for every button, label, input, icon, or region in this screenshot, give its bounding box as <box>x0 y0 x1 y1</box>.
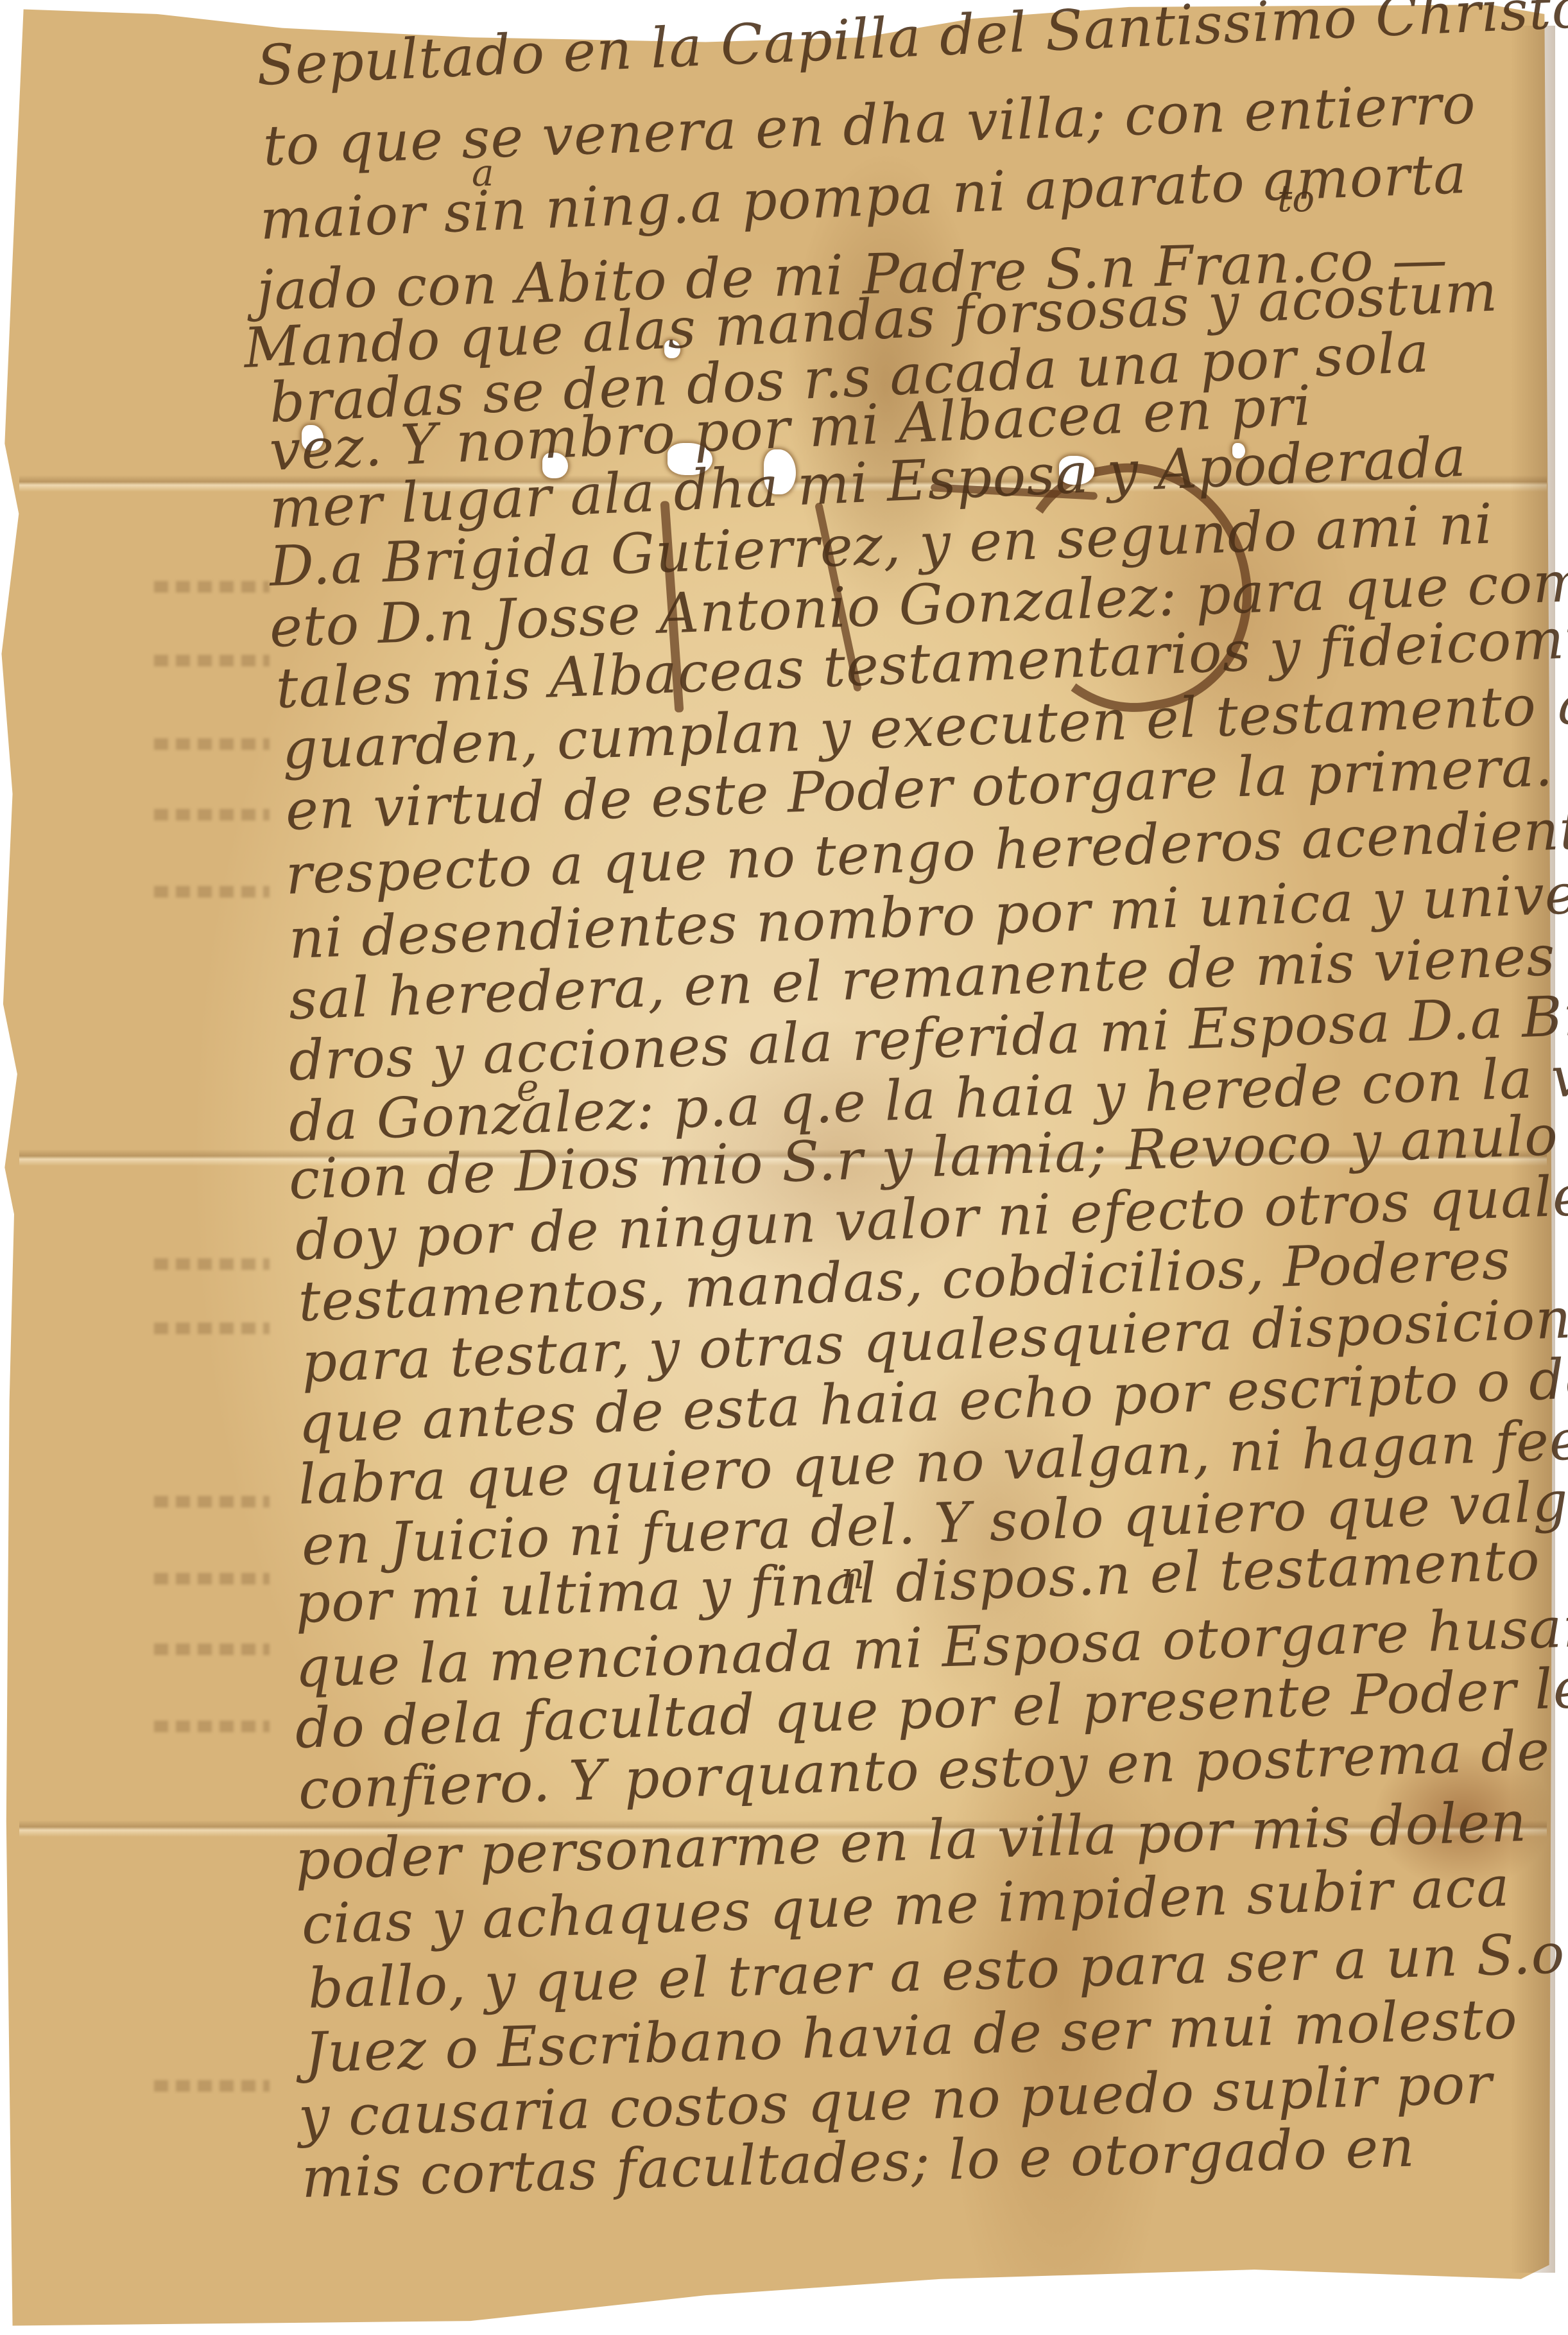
interlinear-mark: to <box>1277 177 1314 220</box>
interlinear-mark: e <box>517 1066 538 1109</box>
manuscript-text: Sepultado en la Capilla del Santissimo C… <box>0 0 1568 2335</box>
interlinear-mark: a <box>472 151 494 195</box>
interlinear-mark: n <box>841 1554 865 1597</box>
scanned-page: Sepultado en la Capilla del Santissimo C… <box>0 0 1568 2335</box>
